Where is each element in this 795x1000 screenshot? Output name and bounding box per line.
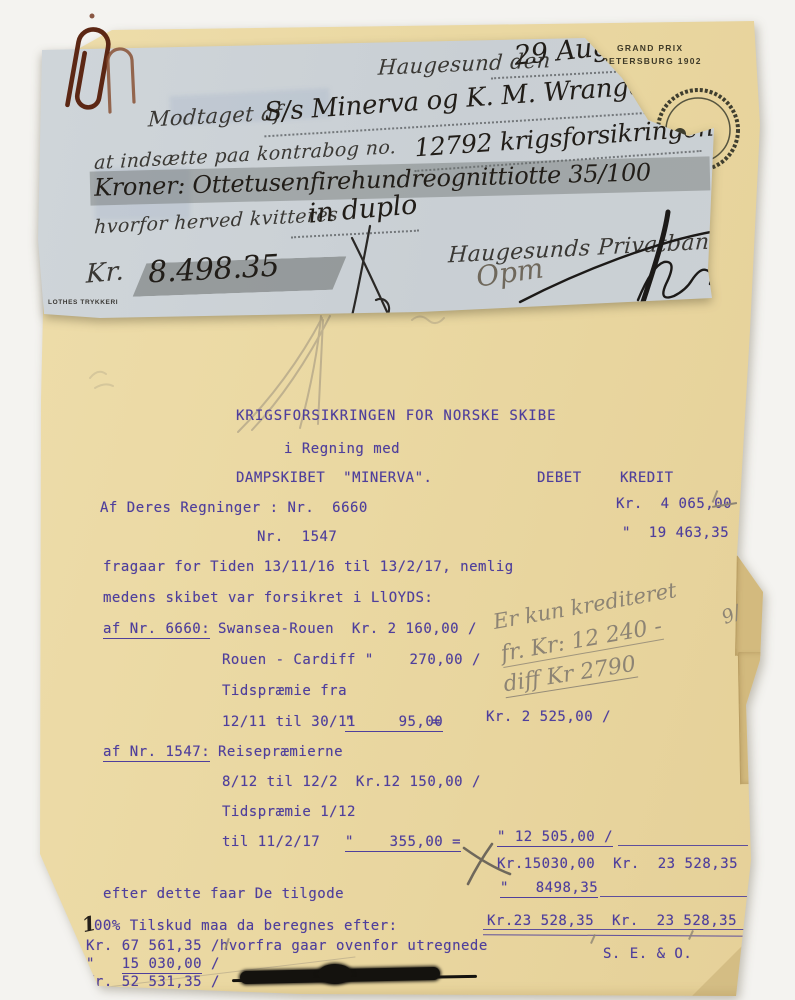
paperclip-icon [40,10,200,170]
ink-x-mark [340,218,400,328]
rust-mark [108,49,134,112]
printer-mark: LOTHES TRYKKERI [48,299,118,306]
scanned-document: KRIGSFORSIKRINGEN FOR NORSKE SKIBE i Reg… [0,0,795,1000]
currency-printed: Kr. [86,256,125,290]
deposit-hand: 12792 krigsforsikringen [413,113,714,163]
amount-hand: 8.498.35 [147,249,280,291]
place-date-hand: 29 Aug [513,31,611,72]
signature [498,192,728,312]
received-hand: S/s Minerva og K. M. Wrangell [263,70,660,128]
